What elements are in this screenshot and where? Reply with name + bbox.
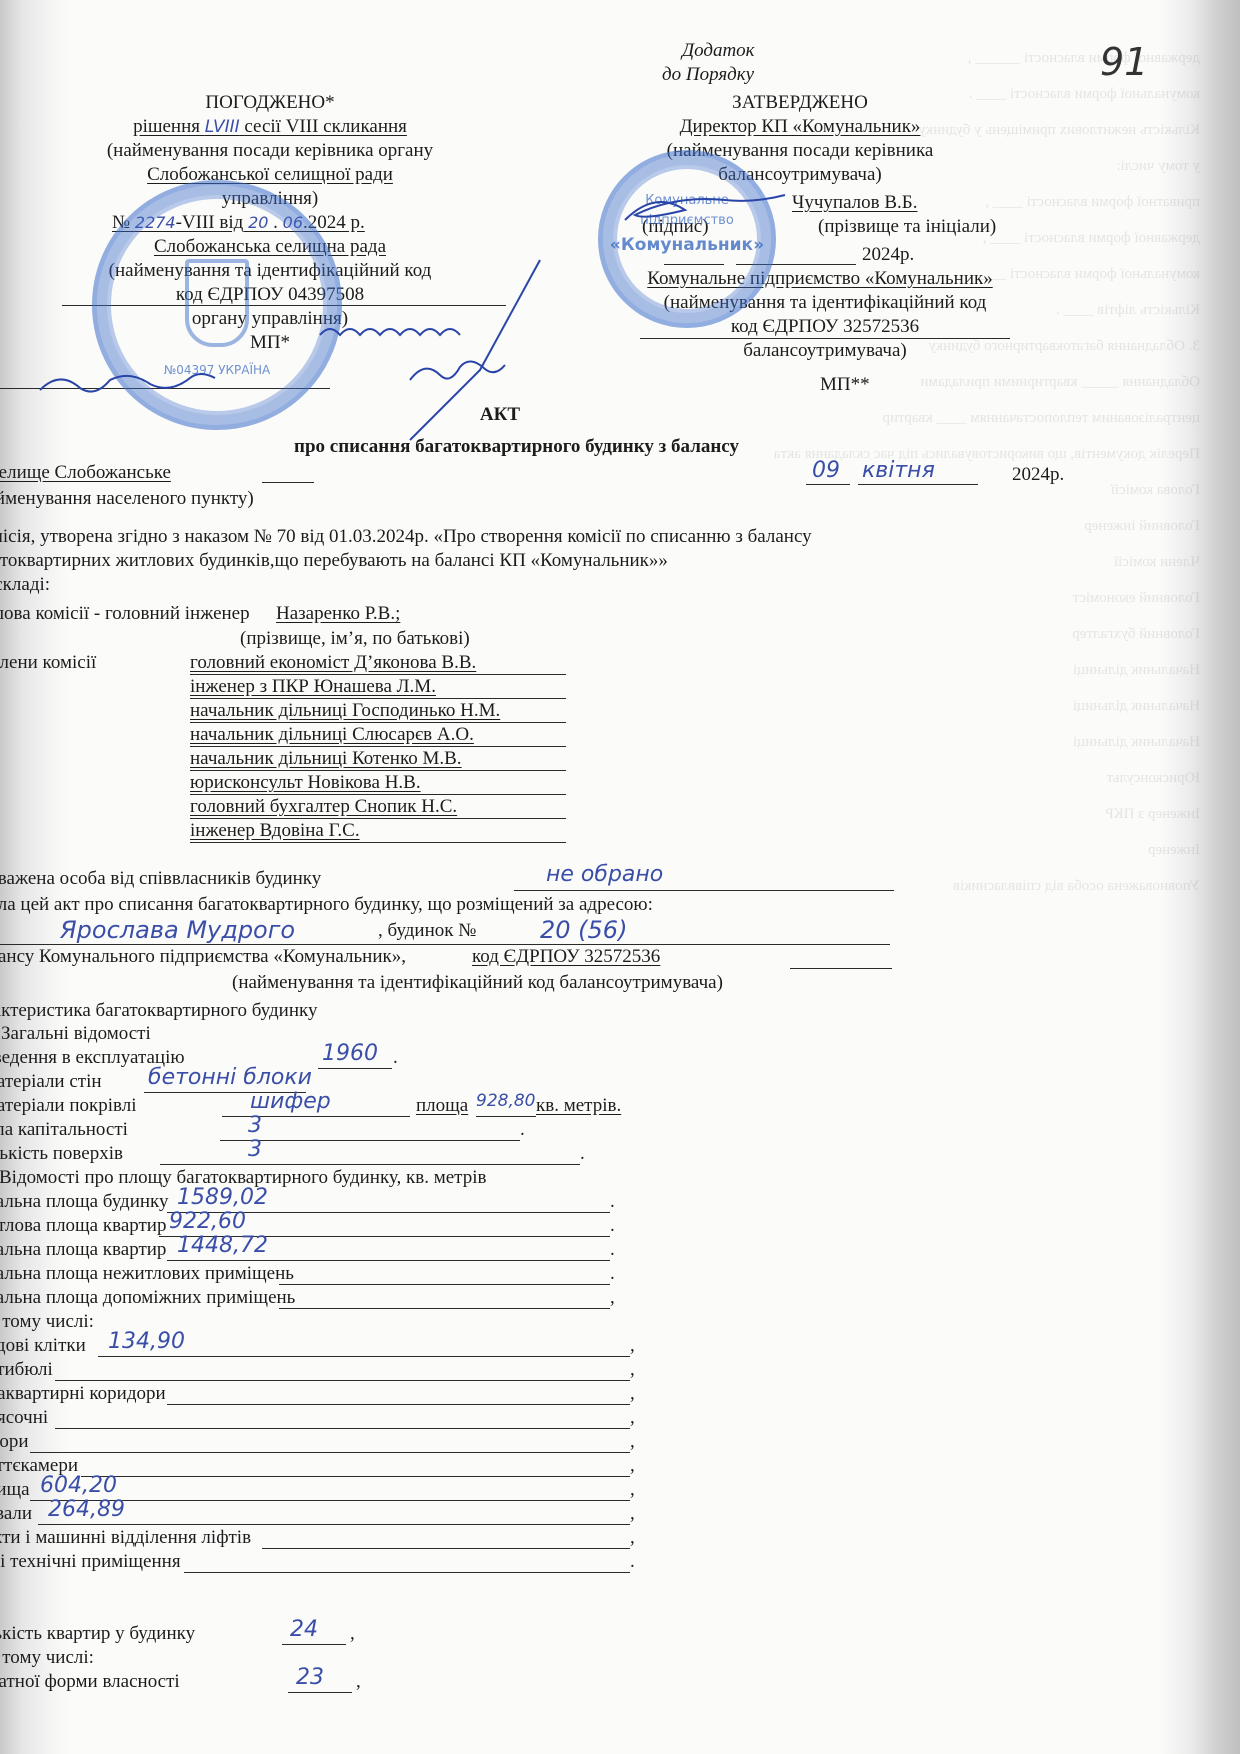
aux-row-value-handwritten: 264,89 [48, 1497, 125, 1522]
approval-year: 2024р. [862, 244, 914, 266]
act-date-month-handwritten: квітня [862, 458, 935, 483]
member-item: інженер Вдовіна Г.С. [190, 820, 360, 842]
session-number-handwritten: LVIII [205, 117, 240, 137]
decision-prefix: рішення [133, 116, 200, 137]
members-label: члени комісії [0, 652, 96, 674]
area-row-end-mark: . [610, 1215, 615, 1237]
year-line [318, 1068, 392, 1069]
apartments-including: у тому числі: [0, 1647, 94, 1669]
act-date-day-handwritten: 09 [812, 458, 840, 483]
bleed-through-text: державної форми власності ______ , комун… [740, 40, 1200, 1540]
aux-row-value-handwritten: 604,20 [40, 1473, 117, 1498]
aux-row-line [55, 1428, 630, 1429]
member-line [190, 842, 566, 843]
area-row-line [279, 1308, 610, 1309]
coowner-label: уповноважена особа від співвласників буд… [0, 868, 321, 890]
agreed-decision: рішення LVIII сесії VIII скликання [80, 116, 460, 138]
member-item: начальник дільниці Слюсарєв А.О. [190, 724, 474, 746]
floors-period: . [580, 1143, 585, 1165]
aux-row-line [30, 1452, 630, 1453]
capital-label: Група капітальності [0, 1119, 128, 1141]
capital-period: . [520, 1119, 525, 1141]
area-row-value-handwritten: 922,60 [169, 1209, 246, 1234]
aux-row-line [55, 1380, 630, 1381]
aux-row-label: горища [0, 1479, 30, 1501]
area-row-value-handwritten: 1448,72 [177, 1233, 268, 1258]
area-row-line [279, 1284, 610, 1285]
area-row-label: Загальна площа квартир [0, 1239, 166, 1261]
balance-line-tail [790, 968, 892, 969]
apartments-value-handwritten: 24 [290, 1617, 318, 1642]
member-item: начальник дільниці Господинько Н.М. [190, 700, 500, 722]
floors-value-handwritten: 3 [248, 1137, 262, 1162]
including-label: у тому числі: [0, 1311, 94, 1333]
act-date-day-line [806, 484, 850, 485]
chair-name: Назаренко Р.В.; [276, 603, 400, 625]
commission-line-3: у складі: [0, 574, 50, 596]
settlement-name: селище Слобожанське [0, 462, 171, 484]
council-name: Слобожанської селищної ради [80, 164, 460, 186]
roof-area-handwritten: 928,80 [476, 1091, 535, 1111]
aux-row-label: підвали [0, 1503, 32, 1525]
member-line [190, 674, 566, 675]
private-label: приватної форми власності [0, 1671, 180, 1693]
aux-row-end-mark: , [630, 1335, 635, 1357]
member-item: юрисконсульт Новікова Н.В. [190, 772, 421, 794]
approved-title: ЗАТВЕРДЖЕНО [640, 92, 960, 114]
seal-mark-right: МП** [820, 374, 870, 396]
aux-row-end-mark: , [630, 1431, 635, 1453]
apartments-comma: , [350, 1623, 355, 1645]
aux-row-end-mark: , [630, 1527, 635, 1549]
aux-row-label: шахти і машинні відділення ліфтів [0, 1527, 251, 1549]
aux-row-end-mark: , [630, 1455, 635, 1477]
aux-row-end-mark: . [630, 1551, 635, 1573]
house-label: , будинок № [378, 920, 476, 942]
house-number-handwritten: 20 (56) [540, 916, 627, 944]
roof-area-label: площа [416, 1095, 468, 1117]
signature-secretary [30, 365, 230, 405]
private-value-handwritten: 23 [296, 1665, 324, 1690]
act-date-year: 2024р. [1012, 464, 1064, 486]
enterprise-edrpou-underline [640, 338, 1010, 339]
aux-row-end-mark: , [630, 1503, 635, 1525]
private-line [288, 1692, 352, 1693]
aux-row-label: вестибюлі [0, 1359, 53, 1381]
aux-row-line [38, 1524, 630, 1525]
settlement-underline-tail [262, 482, 314, 483]
page-number: 91 [1100, 40, 1148, 84]
area-row-label: Загальна площа будинку [0, 1191, 169, 1213]
caption-settlement: (найменування населеного пункту) [0, 488, 254, 510]
characteristics-title: 1. Характеристика багатоквартирного буди… [0, 1000, 317, 1022]
apartments-line [282, 1644, 346, 1645]
street-handwritten: Ярослава Мудрого [60, 916, 295, 944]
floors-label: Кількість поверхів [0, 1143, 123, 1165]
aux-row-line [184, 1572, 630, 1573]
roof-value-handwritten: шифер [250, 1089, 331, 1114]
aux-row-label: позаквартирні коридори [0, 1383, 166, 1405]
caption-holder-act: (найменування та ідентифікаційний код ба… [232, 972, 723, 994]
area-row-label: Загальна площа нежитлових приміщень [0, 1263, 294, 1285]
caption-holder: балансоутримувача) [640, 340, 1010, 362]
aux-row-label: колясочні [0, 1407, 48, 1429]
act-title: АКТ [440, 404, 560, 426]
aux-row-label: інші технічні приміщення [0, 1551, 181, 1573]
chair-label: голова комісії - головний інженер [0, 603, 250, 625]
aux-row-label: сходові клітки [0, 1335, 86, 1357]
aux-row-end-mark: , [630, 1479, 635, 1501]
area-row-end-mark: , [610, 1287, 615, 1309]
walls-value-handwritten: бетонні блоки [148, 1065, 312, 1090]
agreed-title: ПОГОДЖЕНО* [80, 92, 460, 114]
member-line [190, 698, 566, 699]
enterprise-stamp: Комунальне підприємство «Комунальник» [598, 150, 776, 328]
walls-label: Матеріали стін [0, 1071, 102, 1093]
trident-emblem-icon [185, 259, 249, 347]
area-row-end-mark: . [610, 1239, 615, 1261]
apartments-label: Кількість квартир у будинку [0, 1623, 195, 1645]
member-line [190, 746, 566, 747]
general-info-title: 1. Загальні відомості [0, 1023, 151, 1045]
roof-label: Матеріали покрівлі [0, 1095, 137, 1117]
capital-value-handwritten: 3 [248, 1113, 262, 1138]
decision-suffix: сесії VIII скликання [244, 116, 407, 137]
aux-row-value-handwritten: 134,90 [108, 1329, 185, 1354]
area-row-line [167, 1260, 610, 1261]
appendix-order: до Порядку [662, 64, 754, 86]
commission-line-2: багатоквартирних житлових будинків,що пе… [0, 550, 668, 572]
aux-row-line [262, 1548, 630, 1549]
balance-code: код ЄДРПОУ 32572536 [472, 946, 660, 968]
area-row-end-mark: . [610, 1191, 615, 1213]
member-item: головний бухгалтер Снопик Н.С. [190, 796, 457, 818]
member-item: начальник дільниці Котенко М.В. [190, 748, 462, 770]
roof-area-unit: кв. метрів. [536, 1095, 621, 1117]
director-position: Директор КП «Комунальник» [640, 116, 960, 138]
private-comma: , [356, 1671, 361, 1693]
caption-fullname: (прізвище, ім’я, по батькові) [240, 628, 470, 650]
member-item: інженер з ПКР Юнашева Л.М. [190, 676, 436, 698]
caption-position: (найменування посади керівника органу [60, 140, 480, 162]
member-item: головний економіст Д’яконова В.В. [190, 652, 476, 674]
area-row-label: Загальна площа допоміжних приміщень [0, 1287, 295, 1309]
act-date-month-line [858, 484, 978, 485]
roof-area-line [476, 1116, 536, 1117]
aux-row-line [81, 1476, 630, 1477]
scanned-page: державної форми власності ______ , комун… [0, 0, 1240, 1754]
director-name: Чучупалов В.Б. [792, 192, 917, 214]
area-row-value-handwritten: 1589,02 [177, 1185, 268, 1210]
aux-row-end-mark: , [630, 1407, 635, 1429]
act-subtitle: про списання багатоквартирного будинку з… [294, 436, 739, 458]
appendix-label: Додаток [682, 40, 755, 62]
aux-row-line [98, 1356, 630, 1357]
aux-row-end-mark: , [630, 1359, 635, 1381]
aux-row-line [167, 1404, 630, 1405]
capital-line [220, 1140, 520, 1141]
floors-line [160, 1164, 580, 1165]
caption-name: (прізвище та ініціали) [818, 216, 996, 238]
address-intro: склала цей акт про списання багатокварти… [0, 894, 653, 916]
area-row-label: Житлова площа квартир [0, 1215, 166, 1237]
area-row-end-mark: . [610, 1263, 615, 1285]
commission-line-1: Комісія, утворена згідно з наказом № 70 … [0, 526, 812, 548]
aux-row-end-mark: , [630, 1383, 635, 1405]
street-line [0, 944, 890, 945]
year-value-handwritten: 1960 [322, 1041, 378, 1066]
member-line [190, 770, 566, 771]
signature-director [620, 190, 800, 230]
balance-prefix: з балансу Комунального підприємства «Ком… [0, 946, 406, 968]
enterprise-stamp-text-3: «Комунальник» [603, 235, 771, 255]
member-line [190, 794, 566, 795]
aux-row-label: комори [0, 1431, 29, 1453]
coowner-value-handwritten: не обрано [546, 862, 663, 887]
member-line [190, 818, 566, 819]
coowner-line [514, 890, 894, 891]
member-line [190, 722, 566, 723]
year-period: . [393, 1047, 398, 1069]
